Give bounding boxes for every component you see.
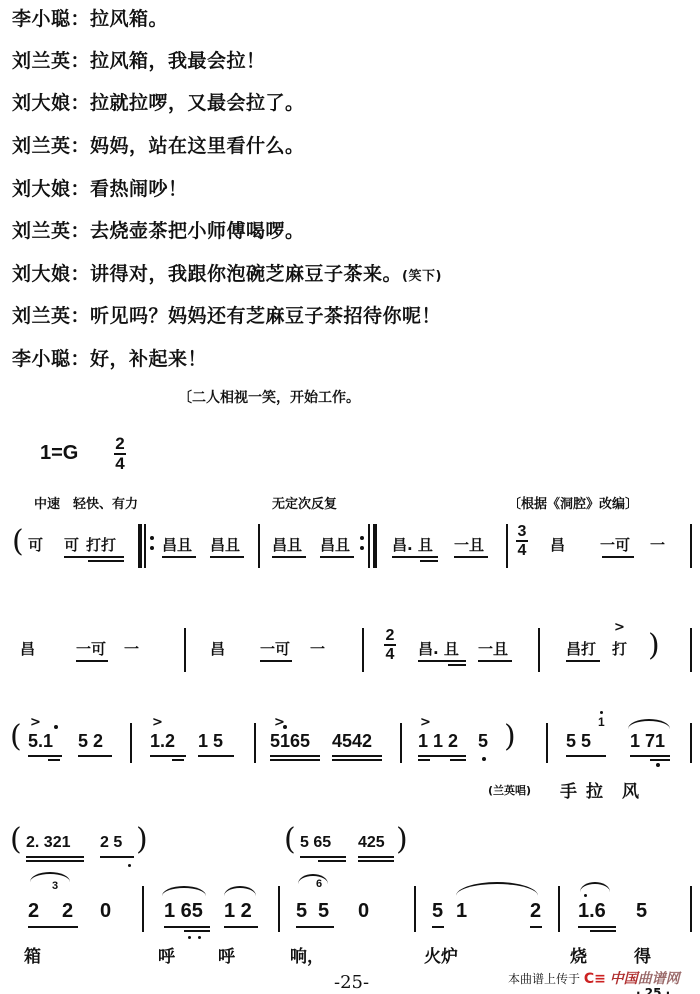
underline — [650, 759, 670, 761]
note: 4542 — [332, 731, 372, 752]
underline — [270, 755, 320, 757]
note: 昌. 且 — [392, 534, 433, 555]
note: 2 — [530, 900, 541, 923]
dialogue-line: 刘兰英：拉风箱，我最会拉！ — [12, 46, 266, 73]
underline — [318, 860, 346, 862]
underline — [78, 755, 112, 757]
note: 425 — [358, 834, 385, 852]
time-bottom: 4 — [386, 647, 395, 662]
underline — [432, 926, 444, 928]
score-row-3: ( > 5.1 5 2 > 1.2 1 5 > 5165 4542 > 1 1 … — [0, 715, 700, 815]
underline — [420, 560, 438, 562]
underline — [26, 856, 84, 858]
octave-dot-below — [656, 763, 660, 767]
octave-dot-below — [198, 936, 201, 939]
octave-dot — [54, 725, 58, 729]
underline — [164, 926, 210, 928]
time-signature: 2 4 — [114, 436, 126, 472]
slur — [298, 874, 328, 884]
speaker: 李小聪： — [12, 8, 90, 30]
grace-note: 1 — [598, 715, 605, 729]
lyric: 手 — [560, 777, 577, 802]
open-paren: ( — [12, 524, 24, 559]
note: 5 2 — [78, 731, 103, 752]
note: 一 — [124, 638, 139, 659]
barline — [546, 723, 548, 763]
note: 2 — [28, 900, 39, 923]
grace-note: 3 — [52, 880, 58, 892]
time-signature-change: 2 4 — [384, 628, 396, 662]
dialogue-line: 刘兰英：听见吗？妈妈还有芝麻豆子茶招待你呢！ — [12, 301, 441, 328]
close-paren: ) — [136, 822, 148, 857]
note: 一且 — [454, 534, 484, 555]
speaker: 刘大娘： — [12, 263, 90, 285]
open-paren: ( — [284, 822, 296, 857]
note: 2. 321 — [26, 834, 70, 852]
lyric: 呼 — [218, 942, 235, 967]
time-signature-change: 3 4 — [516, 524, 528, 558]
underline — [64, 556, 124, 558]
octave-dot — [584, 894, 587, 897]
accent-mark: > — [614, 620, 625, 635]
watermark: 本曲谱上传于 C≡ 中国曲谱网 — [508, 968, 680, 988]
underline — [296, 926, 334, 928]
speaker: 刘兰英： — [12, 305, 90, 327]
accent-mark: > — [152, 715, 163, 730]
underline — [566, 755, 606, 757]
note: 一可 — [76, 638, 106, 659]
time-top: 2 — [115, 436, 124, 452]
lyric: 火炉 — [424, 942, 458, 967]
underline — [28, 926, 78, 928]
speaker: 刘兰英： — [12, 50, 90, 72]
underline — [454, 556, 488, 558]
underline — [530, 926, 542, 928]
speaker: 刘大娘： — [12, 92, 90, 114]
note: 0 — [358, 900, 369, 923]
note: 昌且 — [162, 534, 192, 555]
dialogue-line: 刘大娘：看热闹吵！ — [12, 174, 188, 201]
note: 5 — [636, 900, 647, 923]
lyric: 箱 — [24, 942, 41, 967]
note: 可 — [64, 534, 79, 555]
note: 1 65 — [164, 900, 203, 923]
underline — [630, 755, 670, 757]
site-logo-icon: C≡ — [584, 971, 606, 987]
underline — [332, 755, 382, 757]
note: 昌且 — [272, 534, 302, 555]
underline — [320, 556, 354, 558]
underline — [260, 660, 292, 662]
lyric: 烧 — [570, 942, 587, 967]
barline — [414, 886, 416, 932]
dialogue-text: 讲得对，我跟你泡碗芝麻豆子茶来。 — [90, 263, 402, 285]
site-brand[interactable]: 中国曲谱网 — [610, 971, 680, 987]
repeat-note: 无定次反复 — [272, 493, 337, 512]
underline — [358, 856, 394, 858]
note: 5165 — [270, 731, 310, 752]
note: 昌. 且 — [418, 638, 459, 659]
grace-note: 6 — [316, 878, 322, 890]
close-paren: ) — [504, 719, 516, 754]
note: 昌 — [20, 638, 35, 659]
dialogue-line: 刘大娘：拉就拉啰，又最会拉了。 — [12, 88, 305, 115]
close-paren: ) — [396, 822, 408, 857]
tempo-marking: 中速 轻快、有力 — [34, 493, 138, 512]
dialogue-text: 看热闹吵！ — [90, 178, 188, 200]
singer-name: (兰英唱) — [488, 784, 531, 797]
slur — [580, 882, 610, 892]
score-row-4: ( 2. 321 2 5 ) ( 5 65 425 ) 2 3 2 0 1 65… — [0, 826, 700, 966]
barline — [538, 628, 540, 672]
stage-aside: (笑下) — [402, 269, 442, 284]
barline — [558, 886, 560, 932]
dialogue-line: 刘兰英：去烧壶茶把小师傅喝啰。 — [12, 216, 305, 243]
brand-part-a: 中国 — [610, 971, 638, 987]
dialogue-text: 妈妈，站在这里看什么。 — [90, 135, 305, 157]
underline — [88, 560, 124, 562]
note: 1 — [456, 900, 467, 923]
speaker: 刘大娘： — [12, 178, 90, 200]
barline — [130, 723, 132, 763]
note: 打打 — [86, 534, 116, 555]
underline — [28, 755, 62, 757]
repeat-dot — [150, 536, 154, 540]
lyric: 响， — [290, 942, 324, 967]
barline — [368, 524, 370, 568]
note: 5 5 — [566, 731, 591, 752]
underline — [100, 856, 134, 858]
note: 一且 — [478, 638, 508, 659]
note: 5 65 — [300, 834, 331, 852]
lyric: 风 — [622, 777, 639, 802]
underline — [602, 556, 634, 558]
underline — [300, 856, 346, 858]
source-note: 〔根据《洞腔》改编〕 — [508, 493, 638, 512]
note: 昌且 — [210, 534, 240, 555]
slur — [456, 882, 538, 896]
repeat-dot — [150, 546, 154, 550]
underline — [418, 759, 430, 761]
barline — [690, 723, 692, 763]
barline — [690, 524, 692, 568]
note: 一 — [650, 534, 665, 555]
barline — [690, 886, 692, 932]
underline — [76, 660, 108, 662]
barline — [690, 628, 692, 672]
barline — [254, 723, 256, 763]
octave-dot — [283, 725, 287, 729]
speaker: 刘兰英： — [12, 135, 90, 157]
barline — [184, 628, 186, 672]
repeat-barline — [373, 524, 377, 568]
note: 昌 — [550, 534, 565, 555]
underline — [224, 926, 258, 928]
note: 1 71 — [630, 731, 665, 752]
note: 1.2 — [150, 731, 175, 752]
underline — [48, 759, 60, 761]
repeat-dot — [360, 536, 364, 540]
note: 一可 — [260, 638, 290, 659]
lyric: 拉 — [586, 777, 603, 802]
key-signature: 1=G — [40, 442, 78, 465]
underline — [198, 755, 234, 757]
slur — [628, 719, 670, 729]
cut-page-number: · 25 · — [636, 986, 670, 994]
dialogue-text: 去烧壶茶把小师傅喝啰。 — [90, 220, 305, 242]
note: 5.1 — [28, 731, 53, 752]
underline — [392, 556, 438, 558]
note: 1 1 2 — [418, 731, 458, 752]
stage-direction: 〔二人相视一笑，开始工作。 — [178, 387, 360, 407]
dialogue-line: 李小聪：好，补起来！ — [12, 344, 207, 371]
score-row-1: ( 可 可 打打 昌且 昌且 昌且 昌且 昌. 且 一且 3 4 昌 一可 一 — [0, 520, 700, 580]
underline — [26, 860, 84, 862]
octave-dot-below — [482, 757, 486, 761]
slur — [224, 886, 256, 896]
watermark-text: 本曲谱上传于 — [508, 972, 580, 986]
underline — [418, 660, 466, 662]
note: 5 — [432, 900, 443, 923]
accent-mark: > — [30, 715, 41, 730]
repeat-barline — [138, 524, 142, 568]
note: 昌 — [210, 638, 225, 659]
open-paren: ( — [10, 822, 22, 857]
accent-mark: > — [420, 715, 431, 730]
dialogue-text: 拉风箱。 — [90, 8, 168, 30]
underline — [418, 755, 466, 757]
open-paren: ( — [10, 719, 22, 754]
underline — [270, 759, 320, 761]
time-bottom: 4 — [115, 456, 124, 472]
close-paren: ) — [648, 628, 660, 663]
note: 0 — [100, 900, 111, 923]
underline — [566, 660, 600, 662]
dialogue-text: 好，补起来！ — [90, 348, 207, 370]
note: 5 — [318, 900, 329, 923]
octave-dot-below — [128, 864, 131, 867]
underline — [210, 556, 244, 558]
underline — [332, 759, 382, 761]
note: 一 — [310, 638, 325, 659]
underline — [358, 860, 394, 862]
time-bottom: 4 — [518, 543, 527, 558]
octave-dot — [600, 711, 603, 714]
note: 2 5 — [100, 834, 122, 852]
underline — [184, 930, 210, 932]
dialogue-line: 刘兰英：妈妈，站在这里看什么。 — [12, 131, 305, 158]
note: 2 — [62, 900, 73, 923]
barline — [362, 628, 364, 672]
underline — [150, 755, 186, 757]
underline — [450, 759, 466, 761]
note: 昌打 — [566, 638, 596, 659]
time-top: 2 — [386, 628, 395, 643]
lyric: 得 — [634, 942, 651, 967]
underline — [172, 759, 184, 761]
speaker: 刘兰英： — [12, 220, 90, 242]
barline — [142, 886, 144, 932]
repeat-dot — [360, 546, 364, 550]
singer-label: (兰英唱) — [488, 779, 531, 799]
slur — [30, 872, 70, 882]
note: 5 — [296, 900, 307, 923]
note: 5 — [478, 731, 488, 752]
time-top: 3 — [518, 524, 527, 539]
speaker: 李小聪： — [12, 348, 90, 370]
dialogue-line: 刘大娘：讲得对，我跟你泡碗芝麻豆子茶来。(笑下) — [12, 259, 442, 286]
lyric: 呼 — [158, 942, 175, 967]
dialogue-text: 拉就拉啰，又最会拉了。 — [90, 92, 305, 114]
note: 一可 — [600, 534, 630, 555]
slur — [162, 886, 206, 896]
barline — [400, 723, 402, 763]
dialogue-text: 拉风箱，我最会拉！ — [90, 50, 266, 72]
score-row-2: 昌 一可 一 昌 一可 一 2 4 昌. 且 一且 昌打 > 打 ) — [0, 620, 700, 680]
brand-part-b: 曲谱网 — [638, 971, 680, 987]
note: 1.6 — [578, 900, 606, 923]
underline — [590, 930, 616, 932]
note: 昌且 — [320, 534, 350, 555]
barline — [506, 524, 508, 568]
underline — [578, 926, 616, 928]
barline — [144, 524, 146, 568]
page-number: -25- — [334, 972, 369, 993]
dialogue-line: 李小聪：拉风箱。 — [12, 4, 168, 31]
note: 1 2 — [224, 900, 252, 923]
dialogue-text: 听见吗？妈妈还有芝麻豆子茶招待你呢！ — [90, 305, 441, 327]
note: 1 5 — [198, 731, 223, 752]
underline — [478, 660, 512, 662]
octave-dot-below — [188, 936, 191, 939]
underline — [448, 664, 466, 666]
note: 可 — [28, 534, 43, 555]
underline — [162, 556, 196, 558]
barline — [278, 886, 280, 932]
underline — [272, 556, 306, 558]
barline — [258, 524, 260, 568]
note: 打 — [612, 638, 627, 659]
